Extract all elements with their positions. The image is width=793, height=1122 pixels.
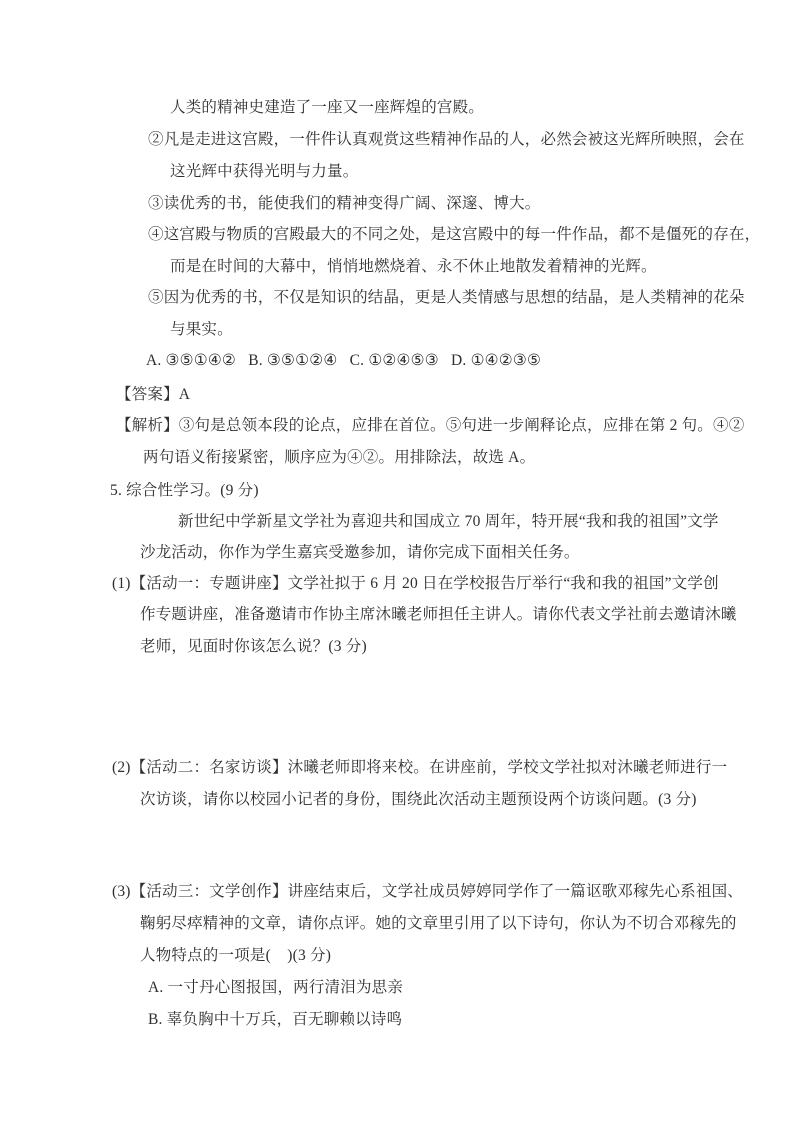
text-line-choice-row: A. 一寸丹心图报国，两行清泪为思亲 xyxy=(148,977,403,998)
text-line-numbered-sentence: ④这宫殿与物质的宫殿最大的不同之处，是这宫殿中的每一件作品，都不是僵死的存在， xyxy=(148,224,760,245)
text-line-analysis-label: 【解析】③句是总领本段的论点，应排在首位。⑤句进一步阐释论点，应排在第 2 句。… xyxy=(116,415,744,436)
text-line-paragraph-firstline: 新世纪中学新星文学社为喜迎共和国成立 70 周年，特开展“我和我的祖国”文学 xyxy=(178,511,719,532)
text-line-sub-question: (3)【活动三：文学创作】讲座结束后，文学社成员婷婷同学作了一篇讴歌邓稼先心系祖… xyxy=(112,881,743,902)
text-line-paragraph-line: 鞠躬尽瘁精神的文章，请你点评。她的文章里引用了以下诗句，你认为不切合邓稼先的 xyxy=(140,913,737,934)
text-line-answer-label: 【答案】A xyxy=(116,384,190,405)
text-line-numbered-sentence: ②凡是走进这宫殿，一件件认真观赏这些精神作品的人，必然会被这光辉所映照，会在 xyxy=(148,129,745,150)
text-line-question-number: 5. 综合性学习。(9 分) xyxy=(110,480,259,501)
text-line-paragraph-line: 人物特点的一项是( )(3 分) xyxy=(140,945,331,966)
document-page: 人类的精神史建造了一座又一座辉煌的宫殿。②凡是走进这宫殿，一件件认真观赏这些精神… xyxy=(0,0,793,1122)
text-line-passage-line: 而是在时间的大幕中，悄悄地燃烧着、永不休止地散发着精神的光辉。 xyxy=(170,256,657,277)
text-line-passage-line: 人类的精神史建造了一座又一座辉煌的宫殿。 xyxy=(170,97,484,118)
text-line-passage-line: 与果实。 xyxy=(170,319,233,340)
text-line-paragraph-line: 老师，见面时你该怎么说？(3 分) xyxy=(140,636,367,657)
text-line-sub-question: (2)【活动二：名家访谈】沐曦老师即将来校。在讲座前，学校文学社拟对沐曦老师进行… xyxy=(112,757,727,778)
text-line-choice-row: B. 辜负胸中十万兵，百无聊赖以诗鸣 xyxy=(148,1009,402,1030)
text-line-choice-row: A. ③⑤①④② B. ③⑤①②④ C. ①②④⑤③ D. ①④②③⑤ xyxy=(146,350,541,371)
text-line-numbered-sentence: ③读优秀的书，能使我们的精神变得广阔、深邃、博大。 xyxy=(148,193,541,214)
text-line-passage-line: 这光辉中获得光明与力量。 xyxy=(170,161,358,182)
text-line-sub-question: (1)【活动一：专题讲座】文学社拟于 6 月 20 日在学校报告厅举行“我和我的… xyxy=(112,573,719,594)
text-line-paragraph-line: 沙龙活动，你作为学生嘉宾受邀参加，请你完成下面相关任务。 xyxy=(140,542,580,563)
text-line-analysis-line: 两句语义衔接紧密，顺序应为④②。用排除法，故选 A。 xyxy=(143,447,535,468)
text-line-paragraph-line: 次访谈，请你以校园小记者的身份，围绕此次活动主题预设两个访谈问题。(3 分) xyxy=(140,789,697,810)
text-line-paragraph-line: 作专题讲座，准备邀请市作协主席沐曦老师担任主讲人。请你代表文学社前去邀请沐曦 xyxy=(140,604,737,625)
text-line-numbered-sentence: ⑤因为优秀的书，不仅是知识的结晶，更是人类情感与思想的结晶，是人类精神的花朵 xyxy=(148,287,745,308)
